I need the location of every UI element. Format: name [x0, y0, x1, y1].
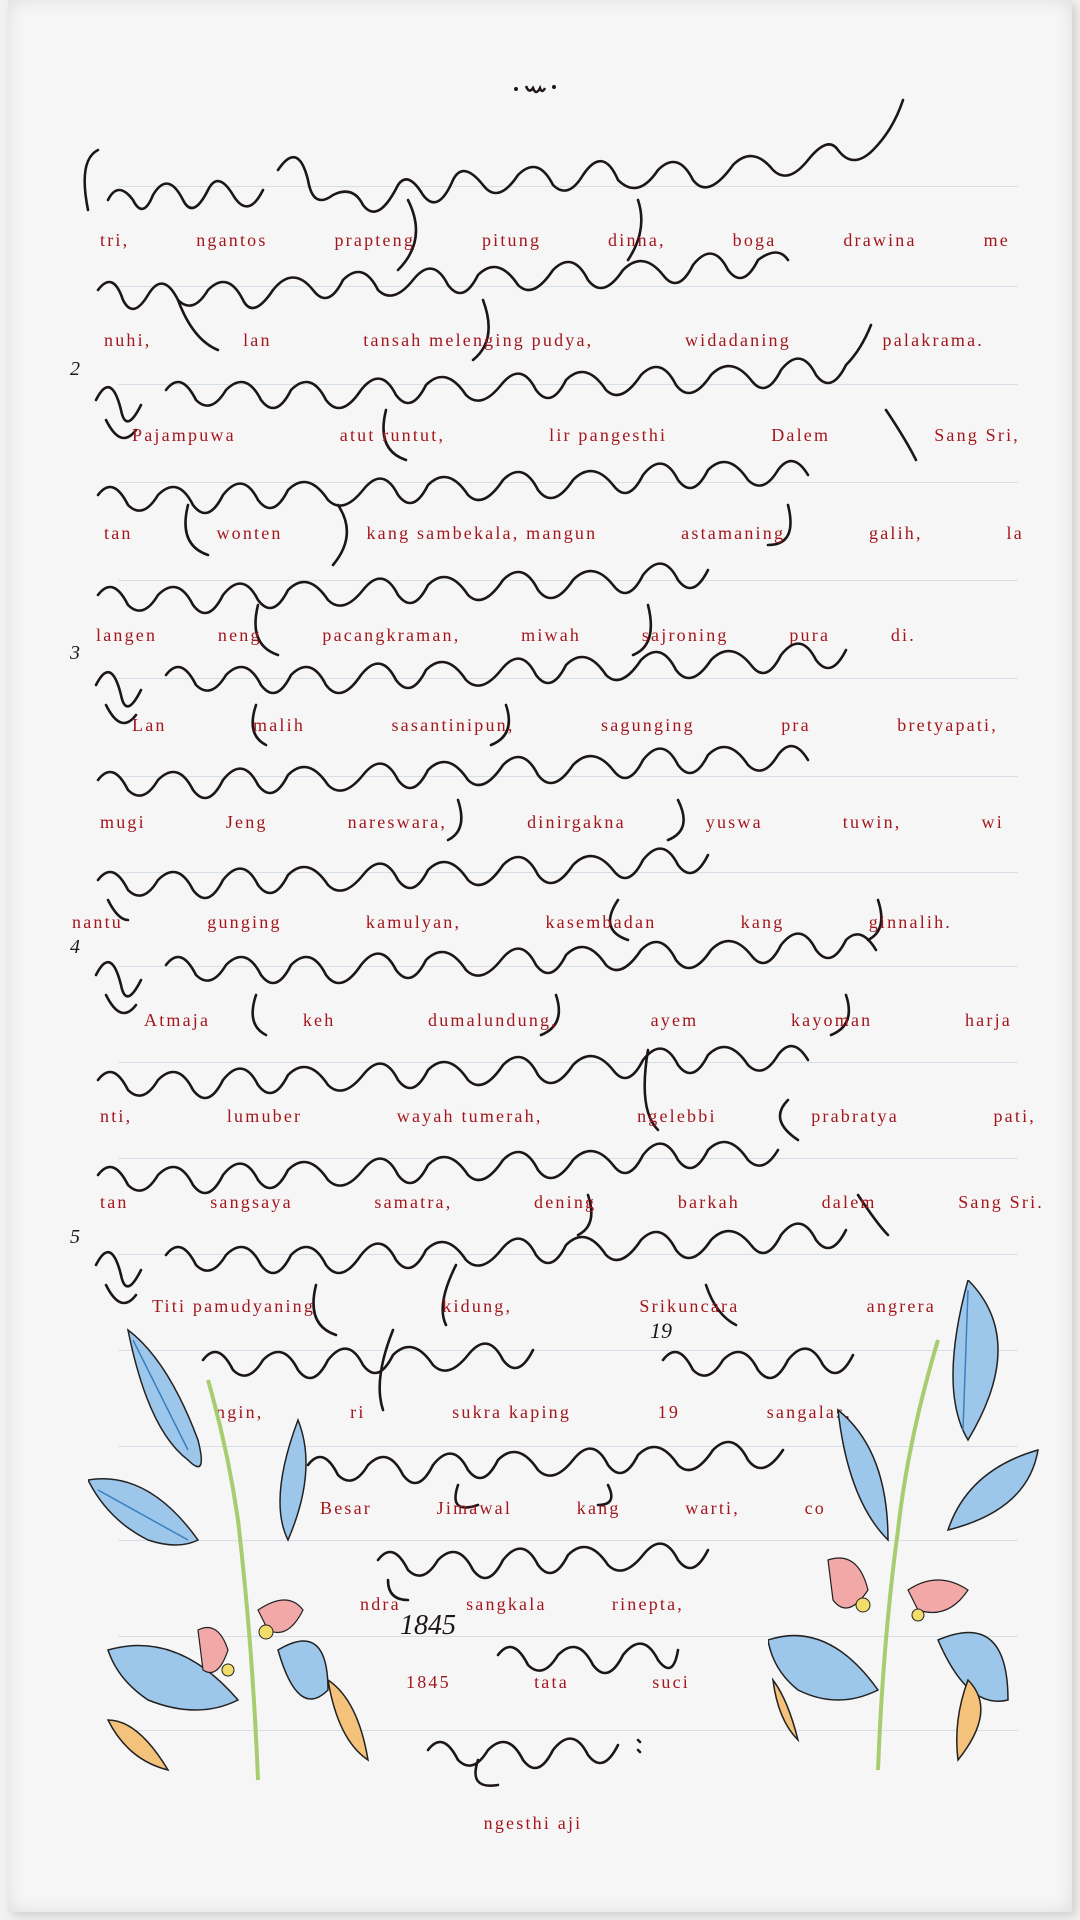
transliteration-word: rinepta, [612, 1594, 684, 1615]
transliteration-word: galih, [869, 523, 923, 544]
transliteration-word: me [984, 230, 1010, 251]
javanese-script-line [298, 1425, 838, 1505]
transliteration-word: kayoman [791, 1010, 872, 1031]
manuscript-page: tri, ngantos prapteng pitung dinna, boga… [8, 0, 1072, 1912]
transliteration-word: lir pangesthi [549, 425, 667, 446]
transliteration-line: Lan malih sasantinipun, sagunging pra br… [132, 715, 998, 736]
transliteration-line: nti, lumuber wayah tumerah, ngelebbi pra… [100, 1106, 1036, 1127]
transliteration-word: wayah tumerah, [397, 1106, 543, 1127]
transliteration-word: neng [218, 625, 262, 646]
transliteration-word: pitung [482, 230, 541, 251]
transliteration-word: warti, [685, 1498, 740, 1519]
transliteration-word: kamulyan, [366, 912, 461, 933]
transliteration-line: Atmaja keh dumalundung, ayem kayoman har… [144, 1010, 1012, 1031]
transliteration-word: keh [303, 1010, 336, 1031]
transliteration-word: tansah melenging pudya, [363, 330, 593, 351]
transliteration-line: tan sangsaya samatra, dening barkah dale… [100, 1192, 1044, 1213]
transliteration-word: nantu [72, 912, 123, 933]
transliteration-word: dinna, [608, 230, 666, 251]
transliteration-word: sajroning [642, 625, 729, 646]
transliteration-word: prabratya [811, 1106, 899, 1127]
stanza-number: 4 [70, 936, 80, 959]
stanza-number: 2 [70, 358, 80, 381]
transliteration-word: Jimawal [437, 1498, 512, 1519]
transliteration-word: mugi [100, 812, 146, 833]
transliteration-word: boga [733, 230, 777, 251]
transliteration-word: nareswara, [348, 812, 447, 833]
transliteration-word: tuwin, [843, 812, 902, 833]
transliteration-word: Jeng [226, 812, 268, 833]
stanza-number: 3 [70, 642, 80, 665]
transliteration-word: langen [96, 625, 157, 646]
transliteration-word: Lan [132, 715, 167, 736]
transliteration-word: samatra, [374, 1192, 452, 1213]
transliteration-word: drawina [843, 230, 916, 251]
transliteration-word: gunging [207, 912, 281, 933]
transliteration-word: Dalem [771, 425, 830, 446]
right-flower-illustration-icon [768, 1280, 1068, 1780]
transliteration-word: sasantinipun, [391, 715, 514, 736]
left-flower-illustration-icon [88, 1320, 378, 1780]
transliteration-word: kang [741, 912, 785, 933]
stanza-number: 5 [70, 1226, 80, 1249]
transliteration-word: pra [781, 715, 811, 736]
transliteration-word: lan [243, 330, 272, 351]
transliteration-word: prapteng [334, 230, 415, 251]
transliteration-word: ngelebbi [637, 1106, 717, 1127]
transliteration-line: nuhi, lan tansah melenging pudya, widada… [104, 330, 984, 351]
transliteration-word: barkah [678, 1192, 740, 1213]
transliteration-word: palakrama. [883, 330, 984, 351]
transliteration-line: Besar Jimawal kang warti, co [320, 1498, 826, 1519]
transliteration-word: Sang Sri, [934, 425, 1020, 446]
transliteration-word: malih [253, 715, 305, 736]
transliteration-word: Srikuncara [639, 1296, 739, 1317]
transliteration-word: harja [965, 1010, 1012, 1031]
transliteration-word: ngantos [196, 230, 267, 251]
transliteration-word: kasembadan [545, 912, 656, 933]
transliteration-line: mugi Jeng nareswara, dinirgakna yuswa tu… [100, 812, 1004, 833]
transliteration-word: la [1007, 523, 1024, 544]
javanese-script-line [78, 140, 1028, 230]
transliteration-line: 1845 tata suci [406, 1672, 690, 1693]
transliteration-word: wonten [216, 523, 282, 544]
transliteration-word: lumuber [227, 1106, 302, 1127]
transliteration-word: dinirgakna [527, 812, 626, 833]
javanese-script-line [418, 1720, 648, 1790]
transliteration-word: sukra kaping [452, 1402, 571, 1423]
transliteration-word: tri, [100, 230, 129, 251]
transliteration-word: 1845 [406, 1672, 451, 1693]
handwritten-day-numeral: 19 [650, 1318, 672, 1344]
transliteration-line: Pajampuwa atut runtut, lir pangesthi Dal… [132, 425, 1020, 446]
transliteration-word: ginnalih. [869, 912, 952, 933]
transliteration-line: ngesthi aji [468, 1813, 598, 1834]
transliteration-line: tan wonten kang sambekala, mangun astama… [104, 523, 1024, 544]
transliteration-word: miwah [521, 625, 581, 646]
transliteration-word: kang [577, 1498, 621, 1519]
transliteration-word: widadaning [685, 330, 791, 351]
handwritten-year-numeral: 1845 [400, 1610, 456, 1642]
transliteration-word: sangkala [466, 1594, 547, 1615]
transliteration-word: bretyapati, [897, 715, 998, 736]
transliteration-word: tan [104, 523, 133, 544]
transliteration-word: ngesthi aji [484, 1813, 583, 1834]
transliteration-line: langen neng pacangkraman, miwah sajronin… [96, 625, 916, 646]
transliteration-word: di. [891, 625, 916, 646]
transliteration-word: yuswa [706, 812, 763, 833]
transliteration-word: 19 [658, 1402, 680, 1423]
transliteration-word: tan [100, 1192, 129, 1213]
transliteration-word: atut runtut, [340, 425, 445, 446]
transliteration-word: wi [982, 812, 1004, 833]
transliteration-word: pati, [993, 1106, 1036, 1127]
transliteration-word: Atmaja [144, 1010, 210, 1031]
header-ornament-icon [508, 80, 568, 96]
transliteration-word: astamaning [681, 523, 785, 544]
transliteration-word: kidung, [442, 1296, 512, 1317]
transliteration-word: ayem [651, 1010, 699, 1031]
transliteration-word: Titi pamudyaning [152, 1296, 315, 1317]
transliteration-word: sagunging [601, 715, 695, 736]
transliteration-word: tata [534, 1672, 569, 1693]
transliteration-word: dening [534, 1192, 596, 1213]
transliteration-word: dumalundung, [428, 1010, 558, 1031]
transliteration-word: Pajampuwa [132, 425, 236, 446]
transliteration-word: sangsaya [210, 1192, 293, 1213]
transliteration-line: nantu gunging kamulyan, kasembadan kang … [72, 912, 952, 933]
transliteration-word: nuhi, [104, 330, 152, 351]
transliteration-word: kang sambekala, mangun [366, 523, 597, 544]
transliteration-word: Sang Sri. [958, 1192, 1044, 1213]
transliteration-line: tri, ngantos prapteng pitung dinna, boga… [100, 230, 1010, 251]
transliteration-word: pacangkraman, [322, 625, 460, 646]
transliteration-word: suci [652, 1672, 690, 1693]
transliteration-word: nti, [100, 1106, 132, 1127]
javanese-script-line [368, 1520, 748, 1600]
transliteration-word: dalem [822, 1192, 877, 1213]
